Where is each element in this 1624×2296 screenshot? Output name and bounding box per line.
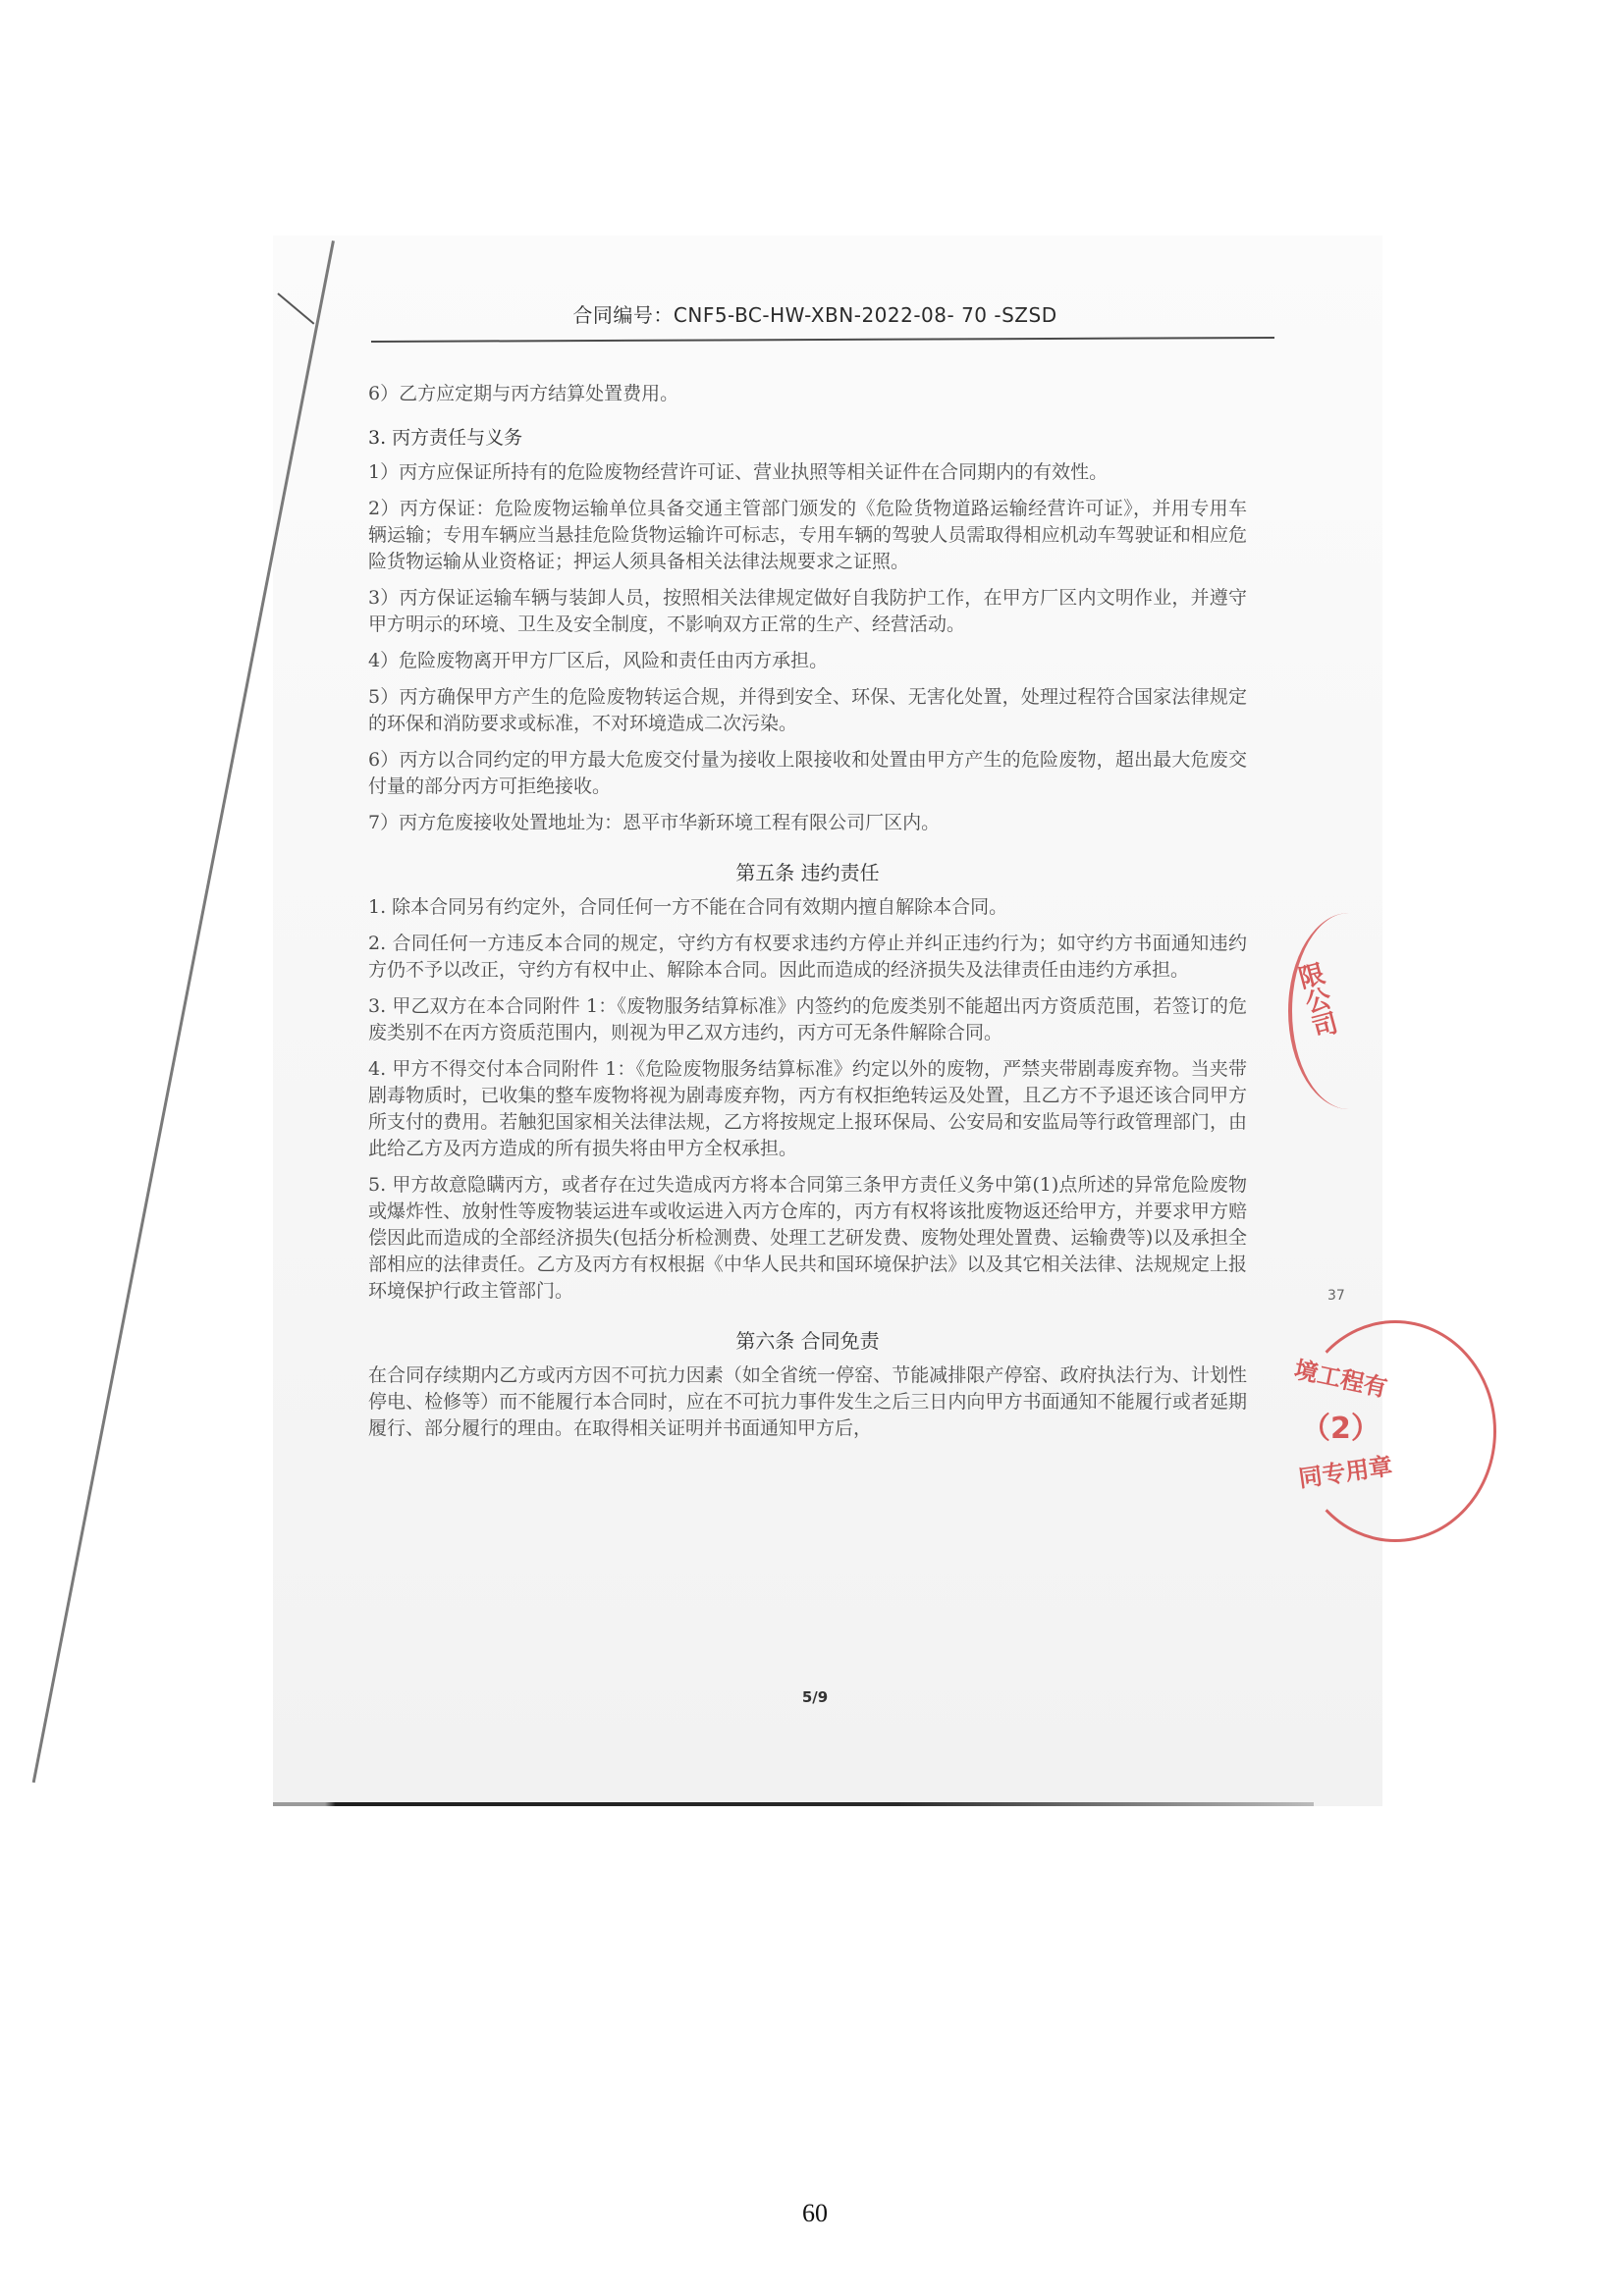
- section3-item-5: 5）丙方确保甲方产生的危险废物转运合规，并得到安全、环保、无害化处置，处理过程符…: [368, 684, 1247, 737]
- section3-item-7: 7）丙方危废接收处置地址为：恩平市华新环境工程有限公司厂区内。: [368, 810, 1247, 836]
- scan-page-fraction: 5/9: [776, 1688, 854, 1706]
- article5-item-3: 3. 甲乙双方在本合同附件 1：《废物服务结算标准》内签约的危废类别不能超出丙方…: [368, 993, 1247, 1046]
- article6-text: 在合同存续期内乙方或丙方因不可抗力因素（如全省统一停窑、节能减排限产停窑、政府执…: [368, 1362, 1247, 1442]
- page-number: 60: [756, 2199, 874, 2228]
- article-6-title: 第六条 合同免责: [368, 1328, 1247, 1355]
- section3-item-4: 4）危险废物离开甲方厂区后，风险和责任由丙方承担。: [368, 648, 1247, 674]
- section3-item-6: 6）丙方以合同约定的甲方最大危废交付量为接收上限接收和处置由甲方产生的危险废物，…: [368, 747, 1247, 800]
- document-body: 6）乙方应定期与丙方结算处置费用。 3. 丙方责任与义务 1）丙方应保证所持有的…: [368, 381, 1247, 1452]
- article-5-title: 第五条 违约责任: [368, 860, 1247, 886]
- contract-number-header: 合同编号：CNF5-BC-HW-XBN-2022-08- 70 -SZSD: [373, 299, 1257, 328]
- intro-item: 6）乙方应定期与丙方结算处置费用。: [368, 381, 1247, 407]
- article5-item-5: 5. 甲方故意隐瞒丙方，或者存在过失造成丙方将本合同第三条甲方责任义务中第(1)…: [368, 1172, 1247, 1305]
- article5-item-1: 1. 除本合同另有约定外，合同任何一方不能在合同有效期内擅自解除本合同。: [368, 894, 1247, 921]
- seal-text-line2: （2）: [1301, 1404, 1380, 1447]
- edge-number: 37: [1327, 1288, 1345, 1304]
- section3-item-3: 3）丙方保证运输车辆与装卸人员，按照相关法律规定做好自我防护工作，在甲方厂区内文…: [368, 585, 1247, 638]
- scan-bottom-edge: [273, 1802, 1314, 1806]
- article5-item-2: 2. 合同任何一方违反本合同的规定，守约方有权要求违约方停止并纠正违约行为；如守…: [368, 931, 1247, 984]
- article5-item-4: 4. 甲方不得交付本合同附件 1：《危险废物服务结算标准》约定以外的废物，严禁夹…: [368, 1056, 1247, 1162]
- section3-item-1: 1）丙方应保证所持有的危险废物经营许可证、营业执照等相关证件在合同期内的有效性。: [368, 459, 1247, 486]
- section-title-3: 3. 丙方责任与义务: [368, 425, 1247, 452]
- section3-item-2: 2）丙方保证：危险废物运输单位具备交通主管部门颁发的《危险货物道路运输经营许可证…: [368, 496, 1247, 575]
